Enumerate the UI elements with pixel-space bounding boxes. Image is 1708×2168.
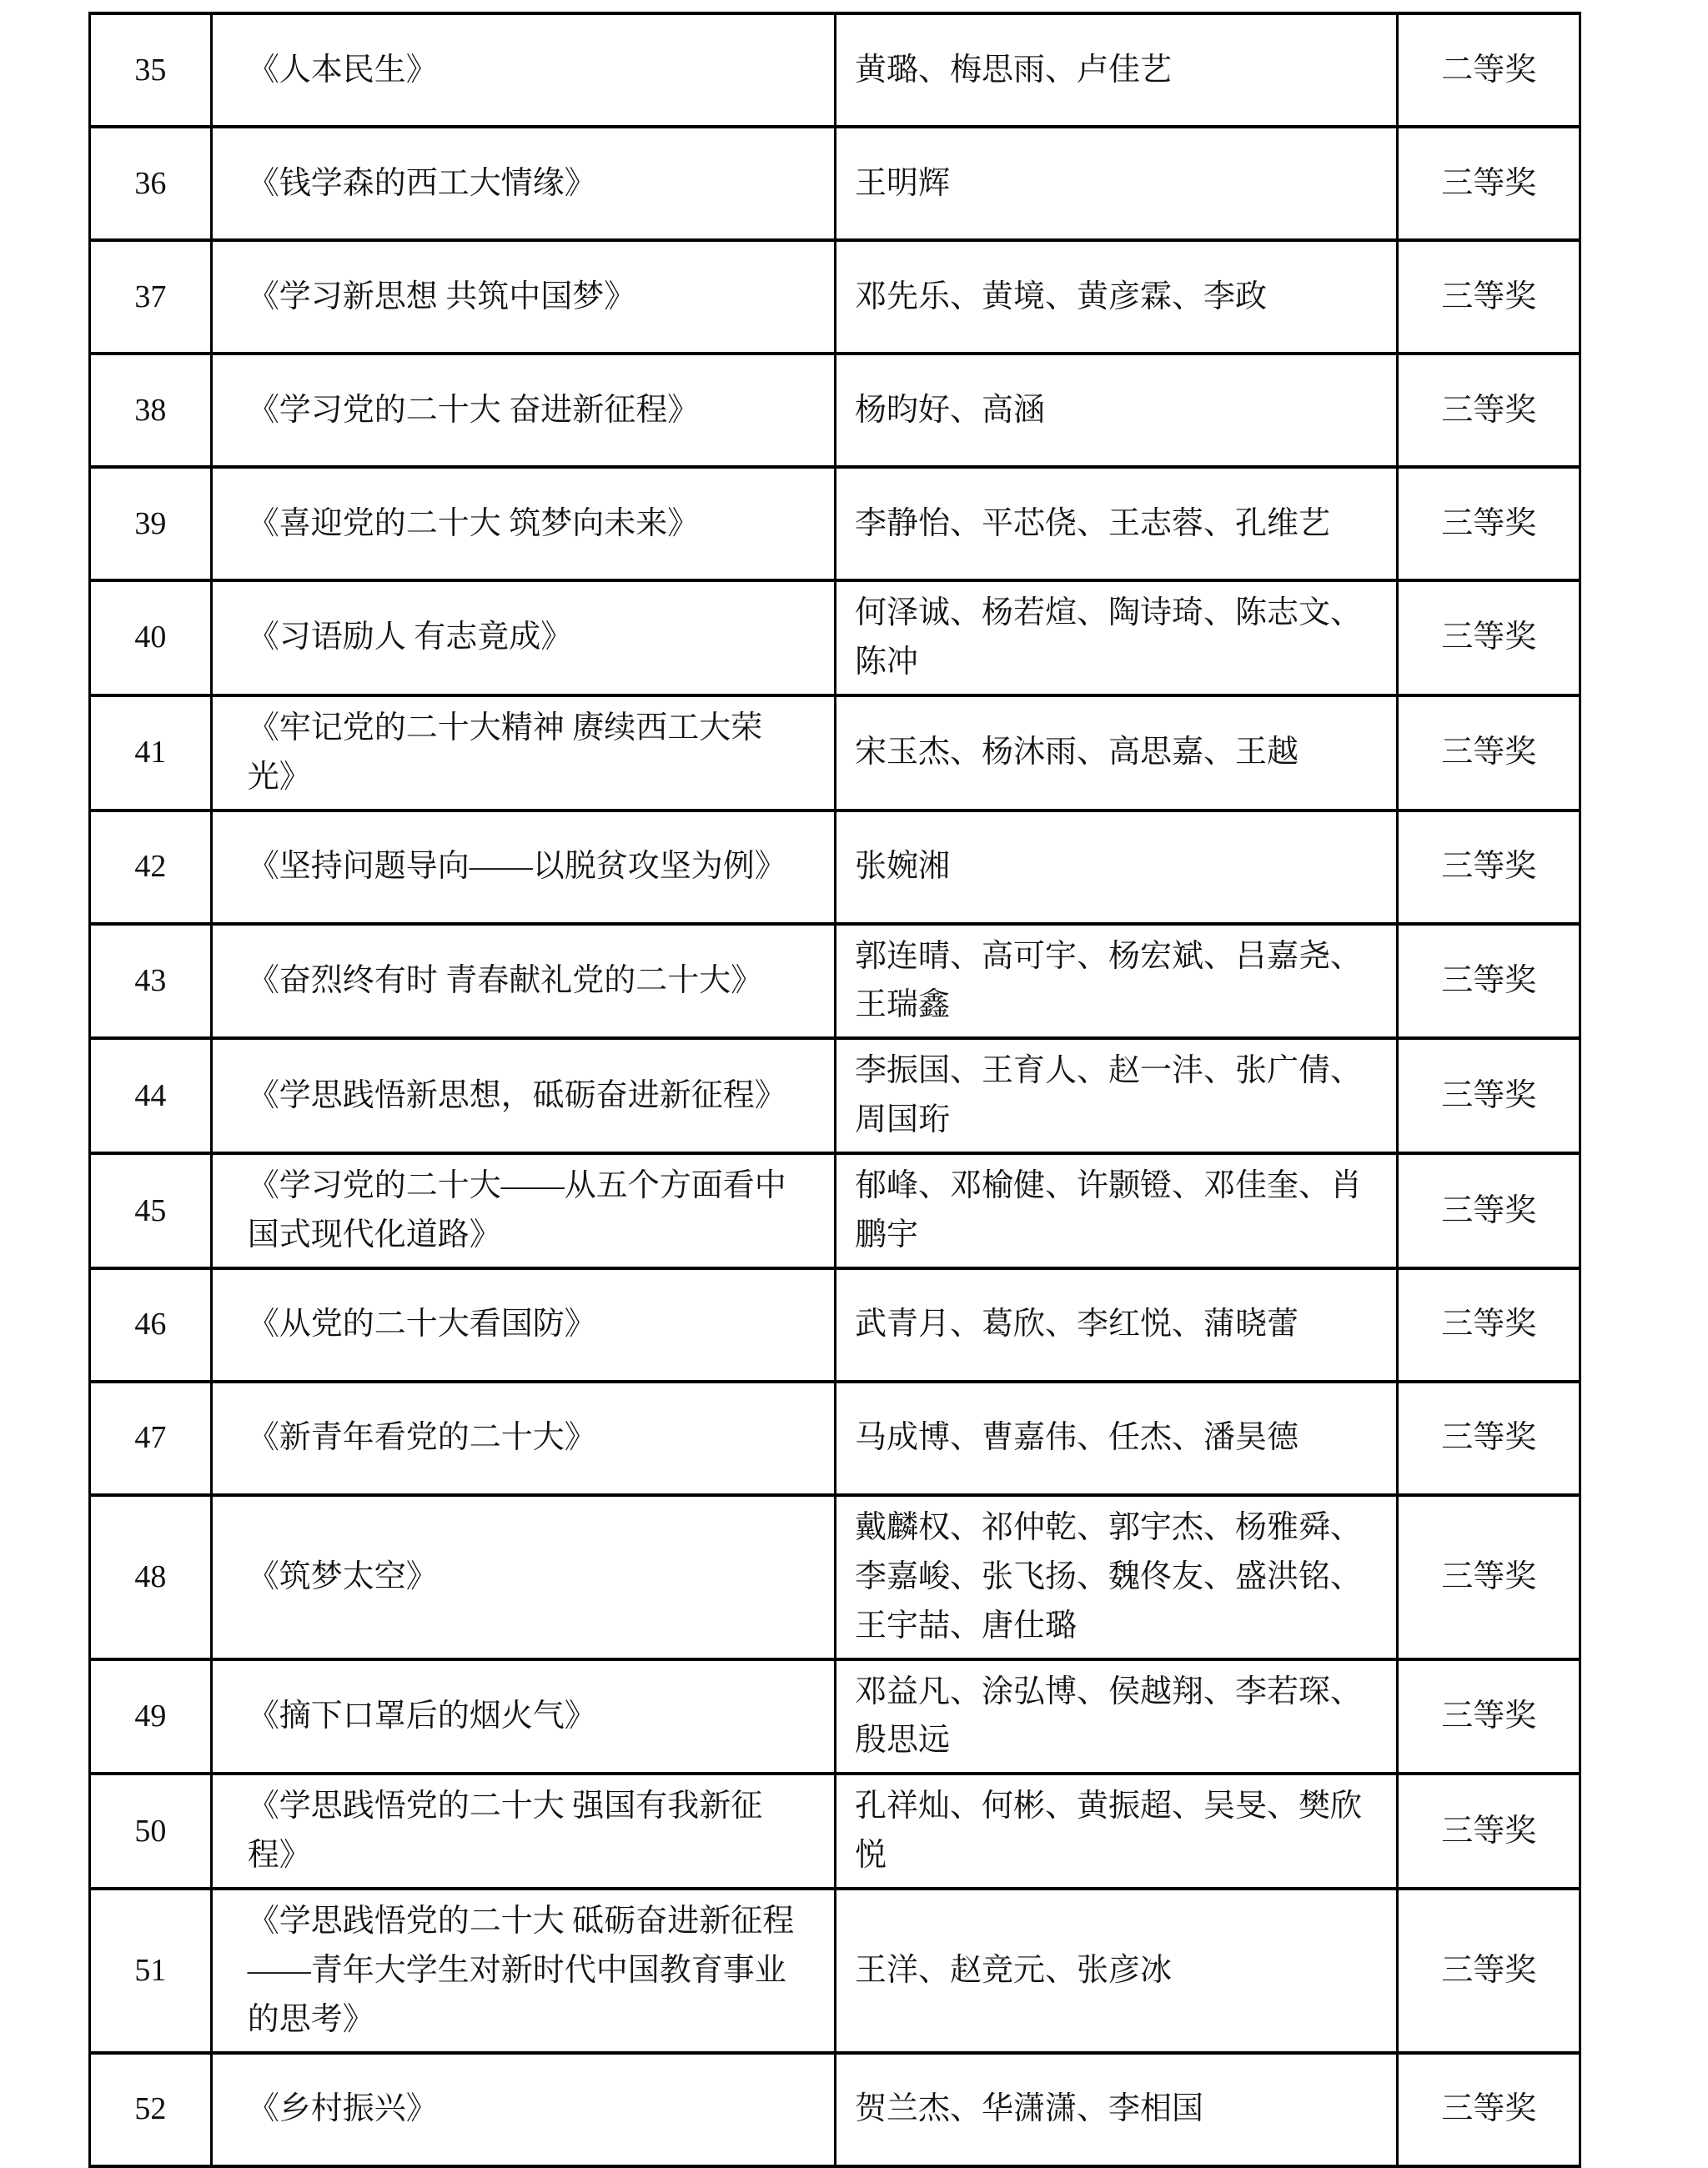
author-names: 宋玉杰、杨沐雨、高思嘉、王越 [836, 695, 1398, 810]
award-level: 三等奖 [1398, 2053, 1580, 2166]
author-names: 邓益凡、涂弘博、侯越翔、李若琛、殷思远 [836, 1659, 1398, 1774]
work-title: 《学习新思想 共筑中国梦》 [211, 240, 835, 354]
author-names: 张婉湘 [836, 810, 1398, 924]
row-number: 51 [90, 1889, 212, 2053]
award-level: 三等奖 [1398, 1268, 1580, 1382]
work-title: 《学思践悟党的二十大 砥砺奋进新征程——青年大学生对新时代中国教育事业的思考》 [211, 1889, 835, 2053]
award-level: 三等奖 [1398, 695, 1580, 810]
awards-table: 35 《人本民生》 黄璐、梅思雨、卢佳艺 二等奖 36 《钱学森的西工大情缘》 … [88, 12, 1581, 2168]
work-title: 《从党的二十大看国防》 [211, 1268, 835, 1382]
document-page: 35 《人本民生》 黄璐、梅思雨、卢佳艺 二等奖 36 《钱学森的西工大情缘》 … [0, 0, 1708, 1948]
author-names: 李静怡、平芯侥、王志蓉、孔维艺 [836, 467, 1398, 580]
table-row: 52 《乡村振兴》 贺兰杰、华潇潇、李相国 三等奖 [90, 2053, 1580, 2166]
row-number: 41 [90, 695, 212, 810]
table-row: 42 《坚持问题导向——以脱贫攻坚为例》 张婉湘 三等奖 [90, 810, 1580, 924]
work-title: 《摘下口罩后的烟火气》 [211, 1659, 835, 1774]
award-level: 三等奖 [1398, 1382, 1580, 1495]
work-title: 《牢记党的二十大精神 赓续西工大荣光》 [211, 695, 835, 810]
row-number: 43 [90, 924, 212, 1039]
table-row: 43 《奋烈终有时 青春献礼党的二十大》 郭连晴、高可宇、杨宏斌、吕嘉尧、王瑞鑫… [90, 924, 1580, 1039]
award-level: 三等奖 [1398, 1153, 1580, 1268]
row-number: 45 [90, 1153, 212, 1268]
work-title: 《人本民生》 [211, 13, 835, 127]
award-level: 三等奖 [1398, 1889, 1580, 2053]
author-names: 戴麟权、祁仲乾、郭宇杰、杨雅舜、李嘉峻、张飞扬、魏佟友、盛洪铭、王宇喆、唐仕璐 [836, 1495, 1398, 1659]
work-title: 《奋烈终有时 青春献礼党的二十大》 [211, 924, 835, 1039]
table-row: 51 《学思践悟党的二十大 砥砺奋进新征程——青年大学生对新时代中国教育事业的思… [90, 1889, 1580, 2053]
award-level: 三等奖 [1398, 1038, 1580, 1153]
author-names: 李振国、王育人、赵一沣、张广倩、周国珩 [836, 1038, 1398, 1153]
row-number: 49 [90, 1659, 212, 1774]
row-number: 36 [90, 127, 212, 240]
table-row: 44 《学思践悟新思想，砥砺奋进新征程》 李振国、王育人、赵一沣、张广倩、周国珩… [90, 1038, 1580, 1153]
row-number: 35 [90, 13, 212, 127]
award-level: 三等奖 [1398, 127, 1580, 240]
row-number: 39 [90, 467, 212, 580]
row-number: 44 [90, 1038, 212, 1153]
table-row: 47 《新青年看党的二十大》 马成博、曹嘉伟、任杰、潘昊德 三等奖 [90, 1382, 1580, 1495]
author-names: 王明辉 [836, 127, 1398, 240]
author-names: 杨昀好、高涵 [836, 354, 1398, 467]
row-number: 40 [90, 580, 212, 695]
author-names: 郁峰、邓榆健、许颢镫、邓佳奎、肖鹏宇 [836, 1153, 1398, 1268]
award-level: 三等奖 [1398, 240, 1580, 354]
row-number: 48 [90, 1495, 212, 1659]
work-title: 《乡村振兴》 [211, 2053, 835, 2166]
row-number: 42 [90, 810, 212, 924]
table-row: 49 《摘下口罩后的烟火气》 邓益凡、涂弘博、侯越翔、李若琛、殷思远 三等奖 [90, 1659, 1580, 1774]
work-title: 《新青年看党的二十大》 [211, 1382, 835, 1495]
row-number: 50 [90, 1774, 212, 1889]
table-row: 46 《从党的二十大看国防》 武青月、葛欣、李红悦、蒲晓蕾 三等奖 [90, 1268, 1580, 1382]
work-title: 《学习党的二十大——从五个方面看中国式现代化道路》 [211, 1153, 835, 1268]
author-names: 马成博、曹嘉伟、任杰、潘昊德 [836, 1382, 1398, 1495]
author-names: 王洋、赵竞元、张彦冰 [836, 1889, 1398, 2053]
table-row: 38 《学习党的二十大 奋进新征程》 杨昀好、高涵 三等奖 [90, 354, 1580, 467]
award-level: 三等奖 [1398, 810, 1580, 924]
work-title: 《学思践悟党的二十大 强国有我新征程》 [211, 1774, 835, 1889]
table-row: 37 《学习新思想 共筑中国梦》 邓先乐、黄境、黄彦霖、李政 三等奖 [90, 240, 1580, 354]
row-number: 37 [90, 240, 212, 354]
award-level: 三等奖 [1398, 1659, 1580, 1774]
award-level: 三等奖 [1398, 467, 1580, 580]
work-title: 《喜迎党的二十大 筑梦向未来》 [211, 467, 835, 580]
work-title: 《筑梦太空》 [211, 1495, 835, 1659]
table-row: 50 《学思践悟党的二十大 强国有我新征程》 孔祥灿、何彬、黄振超、吴旻、樊欣悦… [90, 1774, 1580, 1889]
table-row: 41 《牢记党的二十大精神 赓续西工大荣光》 宋玉杰、杨沐雨、高思嘉、王越 三等… [90, 695, 1580, 810]
awards-table-body: 35 《人本民生》 黄璐、梅思雨、卢佳艺 二等奖 36 《钱学森的西工大情缘》 … [90, 13, 1580, 2166]
work-title: 《学习党的二十大 奋进新征程》 [211, 354, 835, 467]
author-names: 郭连晴、高可宇、杨宏斌、吕嘉尧、王瑞鑫 [836, 924, 1398, 1039]
table-row: 36 《钱学森的西工大情缘》 王明辉 三等奖 [90, 127, 1580, 240]
award-level: 三等奖 [1398, 354, 1580, 467]
author-names: 贺兰杰、华潇潇、李相国 [836, 2053, 1398, 2166]
award-level: 二等奖 [1398, 13, 1580, 127]
row-number: 47 [90, 1382, 212, 1495]
author-names: 何泽诚、杨若煊、陶诗琦、陈志文、陈冲 [836, 580, 1398, 695]
work-title: 《学思践悟新思想，砥砺奋进新征程》 [211, 1038, 835, 1153]
row-number: 52 [90, 2053, 212, 2166]
award-level: 三等奖 [1398, 1774, 1580, 1889]
author-names: 武青月、葛欣、李红悦、蒲晓蕾 [836, 1268, 1398, 1382]
work-title: 《习语励人 有志竟成》 [211, 580, 835, 695]
row-number: 46 [90, 1268, 212, 1382]
table-row: 45 《学习党的二十大——从五个方面看中国式现代化道路》 郁峰、邓榆健、许颢镫、… [90, 1153, 1580, 1268]
award-level: 三等奖 [1398, 924, 1580, 1039]
award-level: 三等奖 [1398, 1495, 1580, 1659]
table-row: 40 《习语励人 有志竟成》 何泽诚、杨若煊、陶诗琦、陈志文、陈冲 三等奖 [90, 580, 1580, 695]
table-row: 48 《筑梦太空》 戴麟权、祁仲乾、郭宇杰、杨雅舜、李嘉峻、张飞扬、魏佟友、盛洪… [90, 1495, 1580, 1659]
author-names: 孔祥灿、何彬、黄振超、吴旻、樊欣悦 [836, 1774, 1398, 1889]
table-row: 35 《人本民生》 黄璐、梅思雨、卢佳艺 二等奖 [90, 13, 1580, 127]
award-level: 三等奖 [1398, 580, 1580, 695]
author-names: 邓先乐、黄境、黄彦霖、李政 [836, 240, 1398, 354]
row-number: 38 [90, 354, 212, 467]
author-names: 黄璐、梅思雨、卢佳艺 [836, 13, 1398, 127]
work-title: 《坚持问题导向——以脱贫攻坚为例》 [211, 810, 835, 924]
table-row: 39 《喜迎党的二十大 筑梦向未来》 李静怡、平芯侥、王志蓉、孔维艺 三等奖 [90, 467, 1580, 580]
work-title: 《钱学森的西工大情缘》 [211, 127, 835, 240]
